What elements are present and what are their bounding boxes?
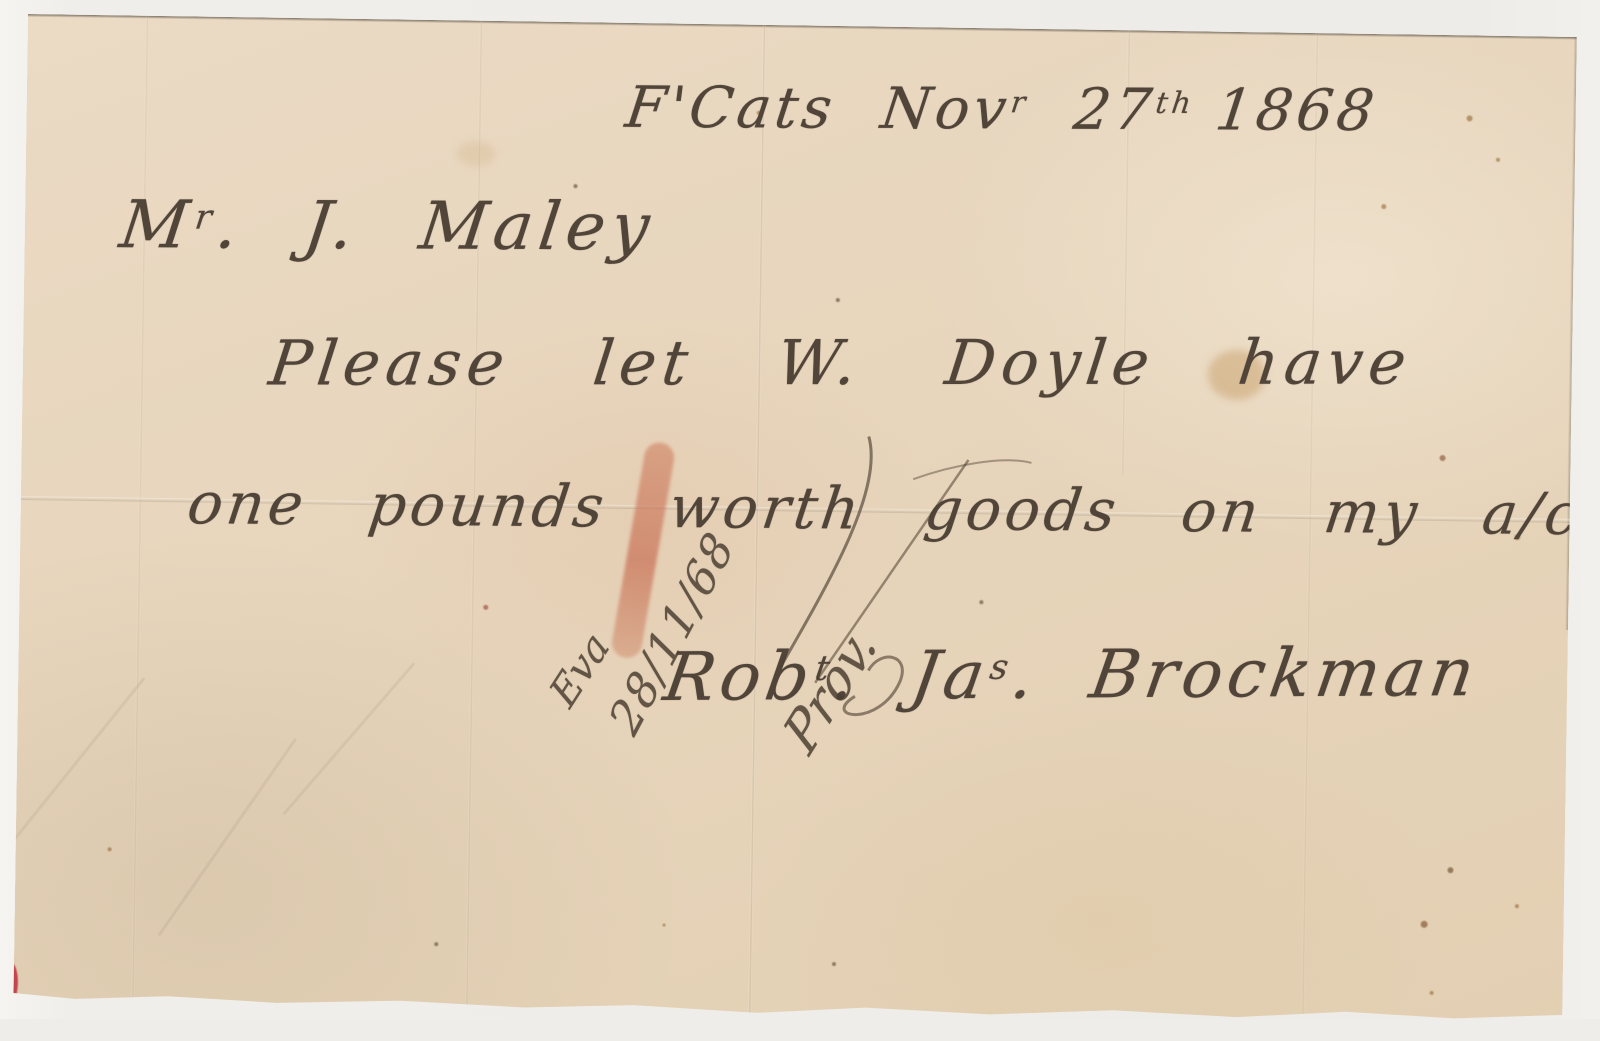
foxing-spot xyxy=(1381,204,1386,209)
fold-crease-vertical-left xyxy=(131,16,149,1004)
foxing-spot xyxy=(483,605,488,610)
dateline-year: 1868 xyxy=(1212,77,1382,144)
body-line-1: Please let W. Doyle have xyxy=(265,326,1416,400)
foxing-spot xyxy=(1515,904,1519,908)
foxing-spot xyxy=(1440,455,1446,461)
paper-top-edge xyxy=(28,14,1577,40)
letter-paper: F'CatsNovr27th1868 Mr. J. Maley Please l… xyxy=(13,14,1576,1019)
salutation-line: Mr. J. Maley xyxy=(116,186,660,265)
ink-speck xyxy=(836,298,840,302)
ghost-mark xyxy=(282,662,415,815)
dateline-day: 27 xyxy=(1070,77,1159,143)
signature-last: . Brockman xyxy=(1006,633,1484,714)
ghost-mark xyxy=(11,677,145,842)
dateline-day-sup: th xyxy=(1154,85,1197,120)
dateline-month-sup: r xyxy=(1009,84,1032,119)
wax-seal-remnant xyxy=(0,958,22,1017)
foxing-spot xyxy=(1447,867,1453,873)
ghost-mark xyxy=(158,738,298,937)
foxing-spot xyxy=(1496,158,1500,162)
foxing-spot xyxy=(434,942,438,946)
foxing-spot xyxy=(1430,991,1434,995)
foxing-spot xyxy=(108,847,112,851)
salutation-initial: M xyxy=(116,186,199,263)
scan-background: F'CatsNovr27th1868 Mr. J. Maley Please l… xyxy=(0,0,1600,1019)
foxing-spot xyxy=(663,924,666,927)
annotation-flourish-strokes xyxy=(760,417,1044,721)
dateline-month: Nov xyxy=(877,76,1014,142)
salutation-rest: . J. Maley xyxy=(212,187,660,266)
foxing-spot xyxy=(1467,115,1473,121)
foxing-spot xyxy=(1421,921,1428,928)
dateline: F'CatsNovr27th1868 xyxy=(622,75,1382,144)
dateline-place: F'Cats xyxy=(622,75,840,142)
foxing-stain xyxy=(456,140,496,167)
foxing-spot xyxy=(832,962,836,966)
